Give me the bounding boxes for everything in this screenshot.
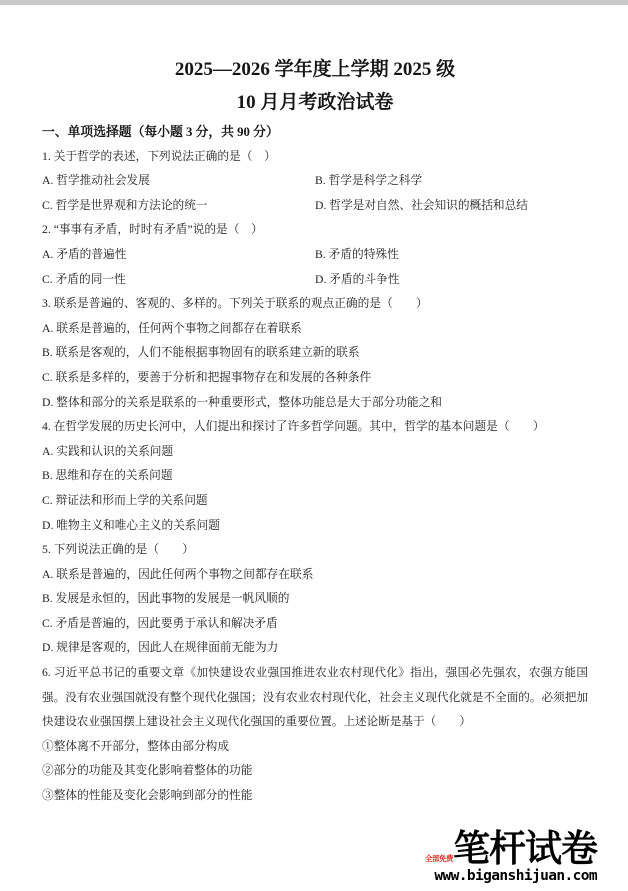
question-4: 4. 在哲学发展的历史长河中，人们提出和探讨了许多哲学问题。其中，哲学的基本问题…	[42, 415, 588, 538]
question-stem: 5. 下列说法正确的是（ ）	[42, 538, 588, 563]
option-c: C. 矛盾的同一性	[42, 268, 315, 293]
watermark-brand-row: 全部免费 笔杆试卷	[425, 831, 597, 867]
option-b: B. 矛盾的特殊性	[315, 243, 399, 268]
option-c: C. 哲学是世界观和方法论的统一	[42, 194, 315, 219]
option-d: D. 矛盾的斗争性	[315, 268, 399, 293]
option-b: B. 发展是永恒的，因此事物的发展是一帆风顺的	[42, 587, 588, 612]
option-b: B. 思维和存在的关系问题	[42, 464, 588, 489]
sub-item-1: ①整体离不开部分，整体由部分构成	[42, 735, 588, 760]
page-title-line2: 10 月月考政治试卷	[42, 86, 588, 119]
option-row: C. 矛盾的同一性 D. 矛盾的斗争性	[42, 268, 588, 293]
watermark-logo: 全部免费 笔杆试卷 www.biganshijuan.com	[425, 831, 597, 886]
option-d: D. 整体和部分的关系是联系的一种重要形式，整体功能总是大于部分功能之和	[42, 391, 588, 416]
option-a: A. 哲学推动社会发展	[42, 169, 315, 194]
watermark-url: www.biganshijuan.com	[425, 867, 597, 886]
option-row: A. 哲学推动社会发展 B. 哲学是科学之科学	[42, 169, 588, 194]
question-2: 2. “事事有矛盾，时时有矛盾”说的是（ ） A. 矛盾的普遍性 B. 矛盾的特…	[42, 218, 588, 292]
option-c: C. 辩证法和形而上学的关系问题	[42, 489, 588, 514]
option-a: A. 联系是普遍的，因此任何两个事物之间都存在联系	[42, 563, 588, 588]
option-d: D. 唯物主义和唯心主义的关系问题	[42, 514, 588, 539]
option-b: B. 联系是客观的，人们不能根据事物固有的联系建立新的联系	[42, 341, 588, 366]
option-row: A. 矛盾的普遍性 B. 矛盾的特殊性	[42, 243, 588, 268]
option-b: B. 哲学是科学之科学	[315, 169, 422, 194]
exam-title: 2025—2026 学年度上学期 2025 级 10 月月考政治试卷	[42, 53, 588, 119]
question-stem: 3. 联系是普遍的、客观的、多样的。下列关于联系的观点正确的是（ ）	[42, 292, 588, 317]
free-badge: 全部免费	[425, 853, 453, 864]
option-a: A. 联系是普遍的，任何两个事物之间都存在着联系	[42, 317, 588, 342]
sub-item-2: ②部分的功能及其变化影响着整体的功能	[42, 759, 588, 784]
watermark-brand: 笔杆试卷	[453, 831, 597, 867]
page-title-line1: 2025—2026 学年度上学期 2025 级	[42, 53, 588, 86]
question-stem: 2. “事事有矛盾，时时有矛盾”说的是（ ）	[42, 218, 588, 243]
question-stem: 4. 在哲学发展的历史长河中，人们提出和探讨了许多哲学问题。其中，哲学的基本问题…	[42, 415, 588, 440]
exam-page: 2025—2026 学年度上学期 2025 级 10 月月考政治试卷 一、单项选…	[0, 53, 628, 809]
question-stem: 6. 习近平总书记的重要文章《加快建设农业强国推进农业农村现代化》指出，强国必先…	[42, 661, 588, 735]
option-a: A. 实践和认识的关系问题	[42, 440, 588, 465]
option-c: C. 联系是多样的，要善于分析和把握事物存在和发展的各种条件	[42, 366, 588, 391]
question-stem: 1. 关于哲学的表述，下列说法正确的是（ ）	[42, 145, 588, 170]
section-heading: 一、单项选择题（每小题 3 分，共 90 分）	[42, 120, 588, 145]
option-row: C. 哲学是世界观和方法论的统一 D. 哲学是对自然、社会知识的概括和总结	[42, 194, 588, 219]
sub-item-3: ③整体的性能及变化会影响到部分的性能	[42, 784, 588, 809]
question-3: 3. 联系是普遍的、客观的、多样的。下列关于联系的观点正确的是（ ） A. 联系…	[42, 292, 588, 415]
option-a: A. 矛盾的普遍性	[42, 243, 315, 268]
exam-body: 一、单项选择题（每小题 3 分，共 90 分） 1. 关于哲学的表述，下列说法正…	[42, 120, 588, 809]
option-d: D. 哲学是对自然、社会知识的概括和总结	[315, 194, 528, 219]
option-d: D. 规律是客观的，因此人在规律面前无能为力	[42, 636, 588, 661]
question-5: 5. 下列说法正确的是（ ） A. 联系是普遍的，因此任何两个事物之间都存在联系…	[42, 538, 588, 661]
question-6: 6. 习近平总书记的重要文章《加快建设农业强国推进农业农村现代化》指出，强国必先…	[42, 661, 588, 809]
option-c: C. 矛盾是普遍的，因此要勇于承认和解决矛盾	[42, 612, 588, 637]
top-border-bar	[0, 0, 628, 5]
question-1: 1. 关于哲学的表述，下列说法正确的是（ ） A. 哲学推动社会发展 B. 哲学…	[42, 145, 588, 219]
